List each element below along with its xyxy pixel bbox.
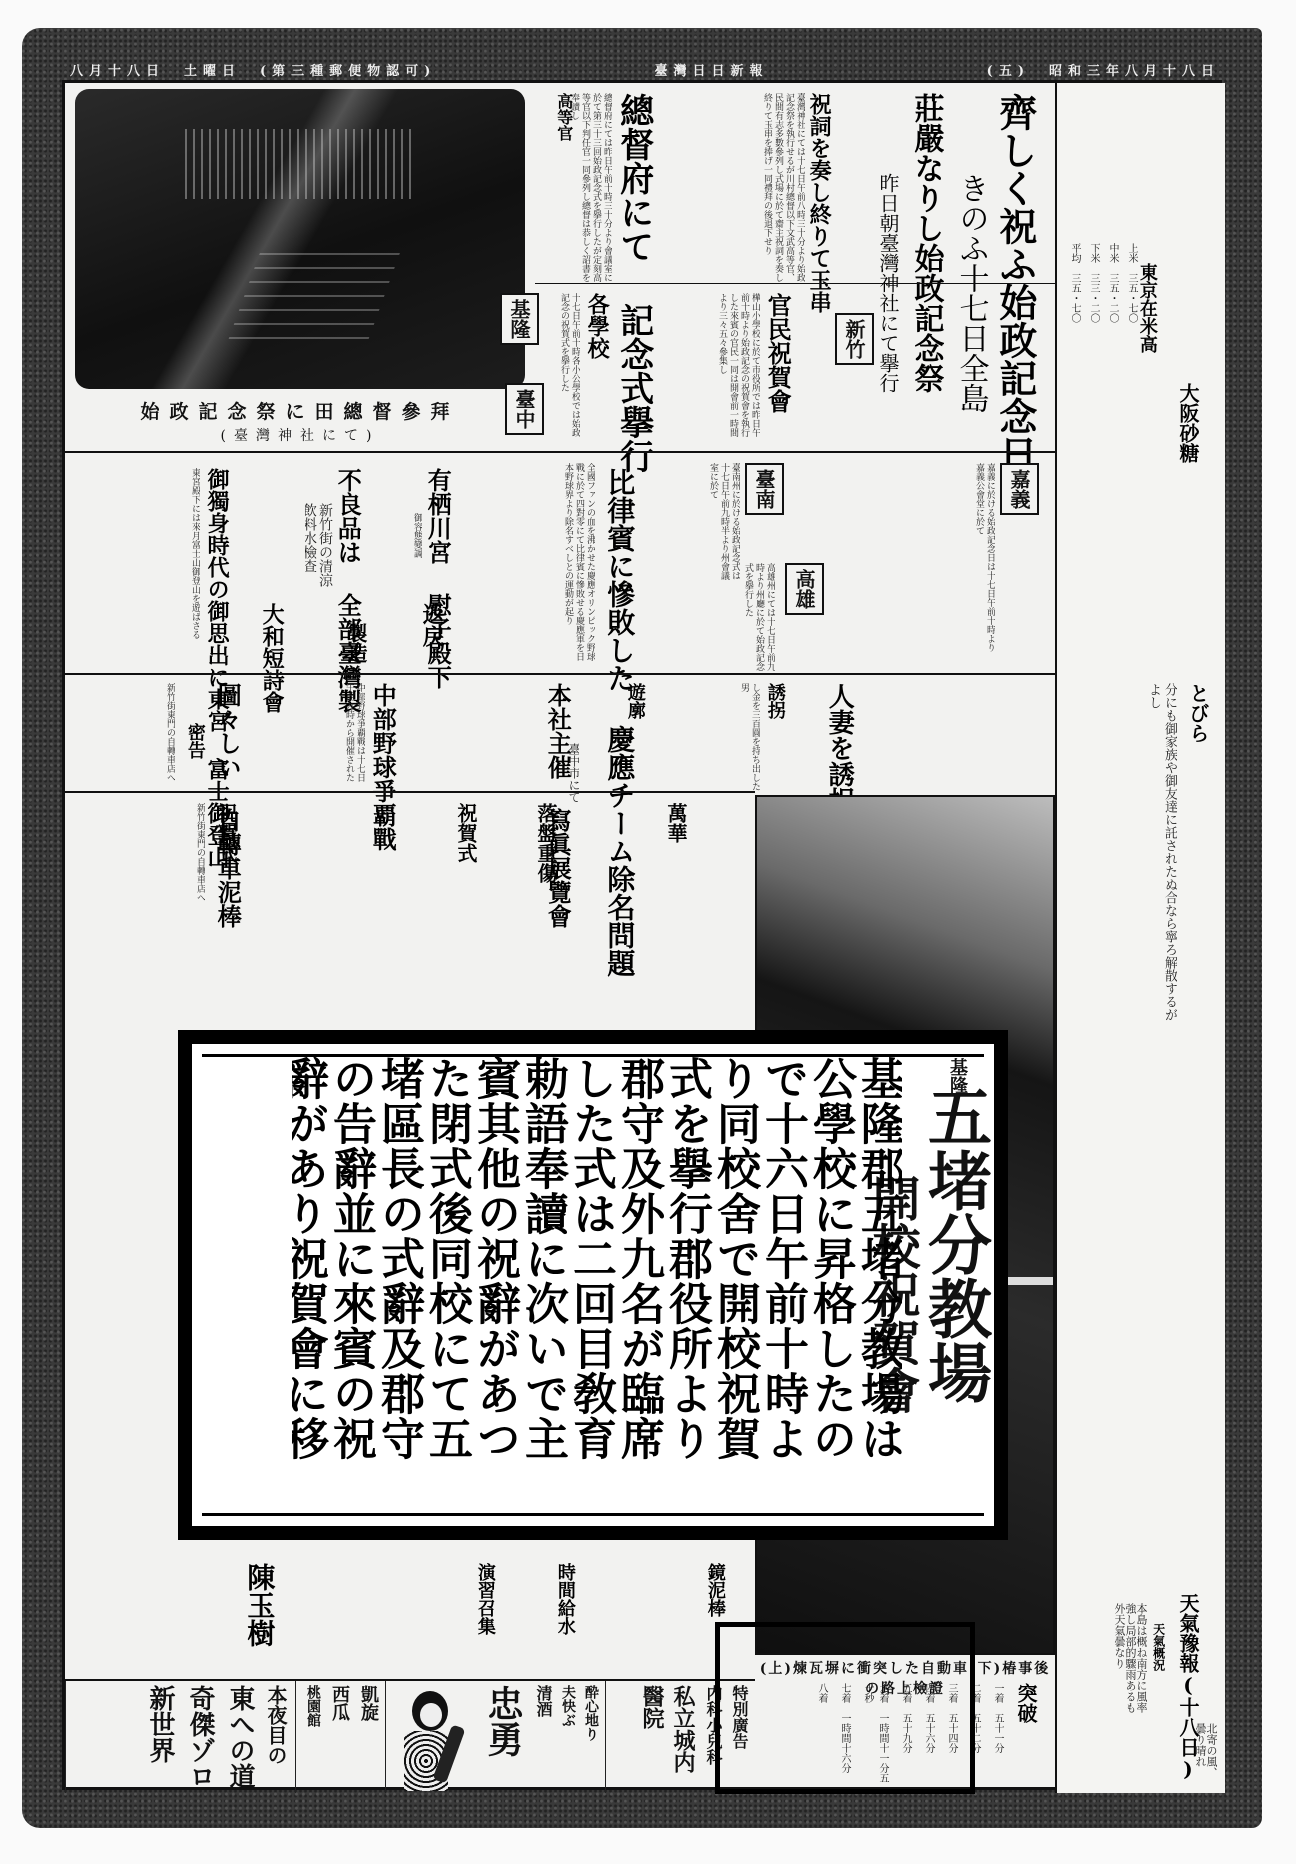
- column-title: とびら: [1187, 683, 1208, 743]
- main-article-body: 臺灣神社にては十七日午前八時三十分より始政記念祭を執行せるが川村總督以下文武高等…: [685, 93, 805, 283]
- market-row: 中米 三五・二〇: [1105, 243, 1120, 323]
- label-kaohsiung: 高雄: [785, 563, 824, 615]
- headline-officials-celebration: 官民祝賀會: [765, 293, 790, 413]
- divider: [65, 673, 1055, 675]
- ad-chuyu-sake: 酔心地り 夫快ぶ 清酒 忠勇: [385, 1681, 605, 1793]
- defective-goods-sub: 新竹街の清涼飲料水檢查: [305, 503, 333, 593]
- bicycle-body: 新竹街東門の自轉車店へ: [75, 683, 175, 783]
- headline-abduction: 誘拐: [765, 683, 784, 719]
- kaohsiung-body: 高雄州にては十七日午前九時より州廳に於て始政記念式を擧行した: [675, 563, 775, 673]
- headline-yamato-poetry: 大和短詩會: [260, 603, 283, 713]
- ad-gaisen-sub: 西瓜: [326, 1685, 352, 1789]
- headline-keio-expulsion: 比律賓に慘敗した 慶應チーム除名問題: [605, 468, 634, 977]
- masthead-left: (五) 昭和三年八月十八日: [987, 60, 1220, 79]
- chiayi-body: 嘉義に於ける始政記念日は十七日午前十時より嘉義公會堂に於て: [865, 463, 995, 653]
- central-baseball-body: 中部野球爭覇戰は十七日午前九時から開催された: [305, 683, 365, 783]
- left-column-body: 新竹街東門の自轉車店へ: [75, 803, 205, 1033]
- advertisement-strip: 特別廣告 内科小兒科 私立城内醫院 酔心地り 夫快ぶ 清酒 忠勇 凱旋 西瓜 桃…: [65, 1679, 755, 1793]
- headline-manufacture: 製造: [345, 623, 366, 663]
- market-title-tokyo-rice: 東京在米高: [1137, 263, 1156, 353]
- photo-governor-shrine-visit: [75, 89, 525, 389]
- headline-brothel: 遊廓: [625, 683, 644, 719]
- ad-gaisen-title: 凱旋: [355, 1685, 381, 1789]
- ad-sake-slogan: 酔心地り: [581, 1685, 601, 1789]
- ad-shinsekai-film-1: 東への道: [222, 1685, 259, 1789]
- schools-body: 十七日午前十時各小公學校では始政記念の祝賀式を擧行した: [540, 293, 580, 443]
- face: [420, 1703, 442, 1727]
- photo-subcaption: (臺灣神社にて): [75, 425, 525, 445]
- abduction-body: し金を三百圓を持ち出した男: [675, 683, 760, 793]
- headline-breakthrough: 突破: [1015, 1683, 1036, 1723]
- masthead: 八月十八日 土曜日 (第三種郵便物認可) 臺灣日日新報 (五) 昭和三年八月十八…: [70, 58, 1220, 80]
- market-rows: 上米 三五・七〇 中米 三五・二〇 下米 三三・二〇 平均 三五・七〇: [1067, 243, 1139, 323]
- ad-sake-slogan-2: 夫快ぶ: [558, 1685, 578, 1789]
- headline-chen-yushu: 陳玉樹: [245, 1563, 274, 1647]
- label-taichung: 臺中: [505, 383, 544, 435]
- headline-ceremony: 祝賀式: [215, 803, 236, 863]
- ad-shinsekai: 本夜目の 東への道 奇傑ゾロ 新世界: [65, 1681, 295, 1793]
- ad-shinsekai-name: 新世界: [142, 1685, 179, 1789]
- ad-shinsekai-tonight: 本夜目の: [262, 1685, 291, 1789]
- headline-schools: 各學校: [585, 293, 608, 359]
- headline-mirror-thief: 鏡泥棒: [705, 1563, 724, 1617]
- ad-hospital-sub: 私立城内醫院: [637, 1685, 699, 1789]
- headline-central-baseball: 中部野球爭覇戰: [370, 683, 395, 851]
- exhibition-body: 臺中市にて: [565, 743, 579, 803]
- divider: [65, 451, 1055, 453]
- ad-woman-illustration: [390, 1685, 475, 1789]
- ad-gaisen-venue: 桃園館: [303, 1685, 323, 1789]
- market-row: 下米 三三・二〇: [1086, 243, 1101, 323]
- ad-gaisen: 凱旋 西瓜 桃園館: [295, 1681, 385, 1793]
- ad-shinsekai-film-2: 奇傑ゾロ: [182, 1685, 219, 1789]
- officials-celebration-body: 樺山小學校に於て市役所では昨日午前十時より始政記念の祝賀會を執行した來賓の官民一…: [685, 293, 760, 443]
- label-hsinchu: 新竹: [835, 313, 874, 365]
- magnified-article-inset: 基隆 五堵分教場 開校祝賀會 基隆郡五堵分教場は公學校に昇格したので十六日午前十…: [178, 1030, 1008, 1540]
- divider: [65, 791, 755, 793]
- weather-forecast: 北寄の風、曇り晴れ: [1067, 1723, 1217, 1783]
- result-row: 一着 五十一分: [990, 1683, 1005, 1783]
- inset-title: 五堵分教場: [922, 1084, 986, 1404]
- divider: [535, 283, 1055, 284]
- ad-sake-label: 清酒: [532, 1685, 555, 1789]
- governor-office-body: 總督府にては昨日午前十時三十分より會議室に於て第三十三回始政記念式を擧行したが定…: [537, 93, 612, 283]
- weather-subtitle: 天氣概況: [1152, 1623, 1165, 1671]
- headline-water: 時間給水: [555, 1563, 574, 1635]
- kicker: 祝詞を奏し終りて玉串: [807, 93, 830, 313]
- headline-cave-in: 落盤重傷: [535, 803, 556, 883]
- label-chiayi: 嘉義: [1000, 463, 1039, 515]
- princess-body: 御容態變調: [410, 513, 422, 603]
- section-title: 莊嚴なりし始政記念祭: [910, 93, 942, 393]
- highlight-source-box: [715, 1622, 975, 1794]
- headline-governor-office: 總督府にて 記念式擧行: [615, 93, 651, 473]
- headline-return: 返戻: [420, 603, 443, 647]
- headline-manka: 萬華: [665, 803, 686, 843]
- inset-body: 基隆郡五堵分教場は公學校に昇格したので十六日午前十時より同校舍で開校祝賀式を擧行…: [292, 1056, 902, 1496]
- market-column: 大阪砂糖 東京在米高 上米 三五・七〇 中米 三五・二〇 下米 三三・二〇 平均…: [1055, 83, 1225, 1793]
- headline-drill: 演習召集: [475, 1563, 494, 1635]
- main-subheadline: きのふ十七日全島: [955, 173, 987, 413]
- weather-body: 本島は概ね南方に風率強し局部的驟雨あるも外天氣曇なり: [1097, 1603, 1147, 1713]
- label-tainan: 臺南: [745, 463, 784, 515]
- photo-caption: 始政記念祭に田總督參拜: [75, 397, 525, 424]
- headline-defective-goods: 不良品は 全部臺灣製: [335, 468, 360, 713]
- keio-body: 全國ファンの血を沸かせた慶應オリンピック野球戰に於て四對零にて比律賓に慘敗せる慶…: [485, 463, 595, 663]
- headline-uno: 祝賀式: [455, 803, 476, 863]
- market-row: 平均 三五・七〇: [1067, 243, 1082, 323]
- masthead-title: 臺灣日日新報: [654, 60, 768, 79]
- masthead-right: 八月十八日 土曜日 (第三種郵便物認可): [70, 60, 436, 79]
- headline-princess: 有栖川宮 慰子殿下: [425, 468, 450, 689]
- ad-sake-brand: 忠勇: [478, 1685, 529, 1789]
- market-title-osaka: 大阪砂糖: [1177, 383, 1198, 463]
- label-keelung: 基隆: [500, 293, 539, 345]
- headline-tipoff: 密告: [185, 723, 204, 759]
- column-body: 分にも御家族や御友達に託されたぬ合なら寧ろ解散するがよし: [1067, 683, 1177, 1023]
- crown-prince-body: 東宮殿下には來月富士山御登山を遊ばさる: [75, 468, 200, 668]
- market-row: 上米 三五・七〇: [1124, 243, 1139, 323]
